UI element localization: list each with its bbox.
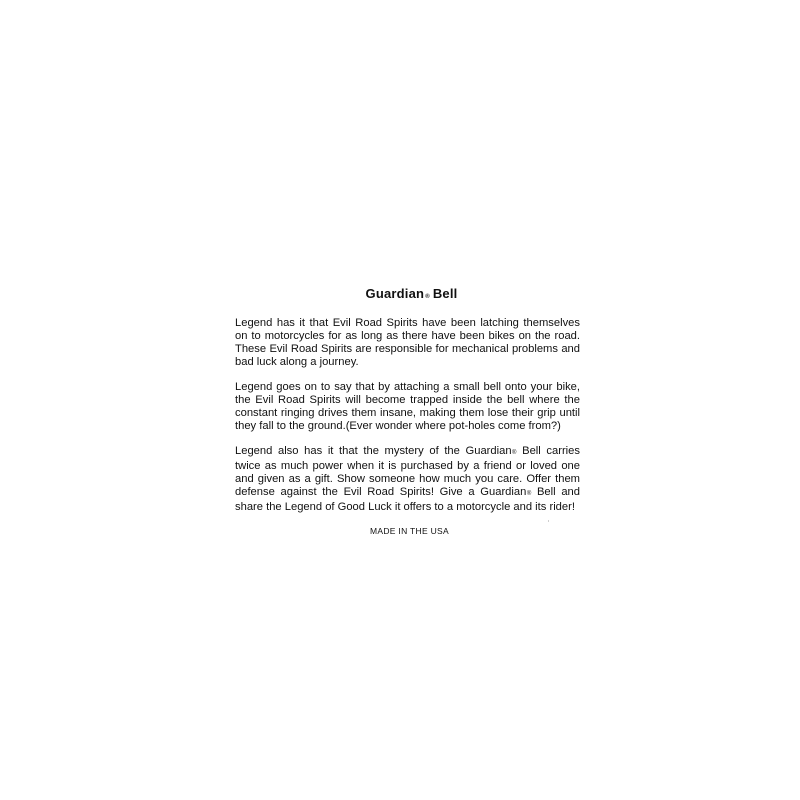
guardian-bell-card: Guardian®Bell Legend has it that Evil Ro…: [235, 286, 580, 536]
paragraph-legend-intro: Legend has it that Evil Road Spirits hav…: [235, 317, 580, 369]
title-brand: Guardian: [366, 286, 425, 301]
document-title: Guardian®Bell: [235, 286, 580, 305]
registered-mark-icon: ®: [425, 294, 430, 300]
made-in-usa-label: MADE IN THE USA: [235, 526, 580, 536]
title-suffix: Bell: [433, 286, 458, 301]
paragraph-legend-bell: Legend goes on to say that by attaching …: [235, 381, 580, 433]
print-speck: [548, 520, 549, 522]
paragraph-legend-gift: Legend also has it that the mystery of t…: [235, 445, 580, 514]
paragraph-gift-part1: Legend also has it that the mystery of t…: [235, 445, 512, 457]
